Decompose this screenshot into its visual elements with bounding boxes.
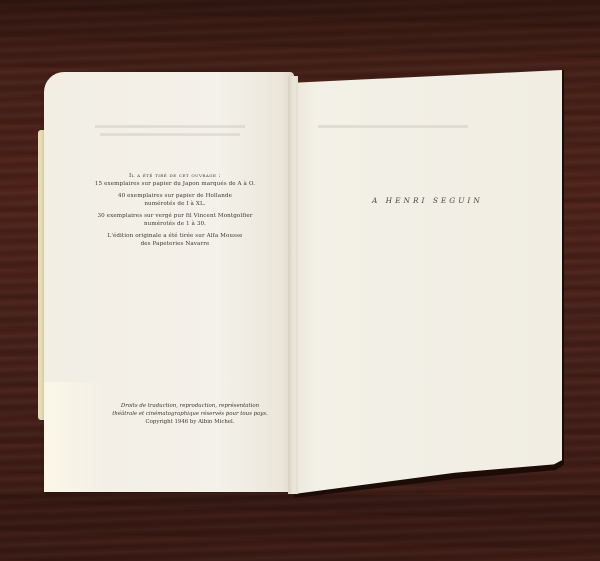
colophon-line: numérotés de 1 à 30. — [62, 220, 288, 228]
light-bleed — [44, 382, 104, 492]
right-page — [294, 70, 562, 494]
show-through-text — [100, 133, 240, 136]
colophon-line: 40 exemplaires sur papier de Hollande — [62, 192, 288, 200]
rights-line: théâtrale et cinématographique réservés … — [80, 410, 300, 418]
colophon-line: numérotés de I à XL. — [62, 200, 288, 208]
colophon-line: L'édition originale a été tirée sur Alfa… — [62, 232, 288, 240]
rights-line: Droits de traduction, reproduction, repr… — [80, 402, 300, 410]
table-shadow-top — [0, 0, 600, 70]
dedication: A HENRI SEGUIN — [372, 196, 532, 205]
show-through-text — [95, 125, 245, 128]
colophon-line: 15 exemplaires sur papier du Japon marqu… — [62, 180, 288, 188]
colophon-line: des Papeteries Navarre — [62, 240, 288, 248]
table-shadow-bottom — [0, 495, 600, 561]
show-through-text — [318, 125, 468, 128]
book-gutter — [288, 76, 298, 494]
limited-edition-notice: Il a été tiré de cet ouvrage : 15 exempl… — [62, 172, 288, 248]
copyright-line: Copyright 1946 by Albin Michel. — [80, 418, 300, 426]
colophon-heading: Il a été tiré de cet ouvrage : — [62, 172, 288, 180]
colophon-line: 30 exemplaires sur vergé pur fil Vincent… — [62, 212, 288, 220]
copyright-notice: Droits de traduction, reproduction, repr… — [80, 402, 300, 426]
